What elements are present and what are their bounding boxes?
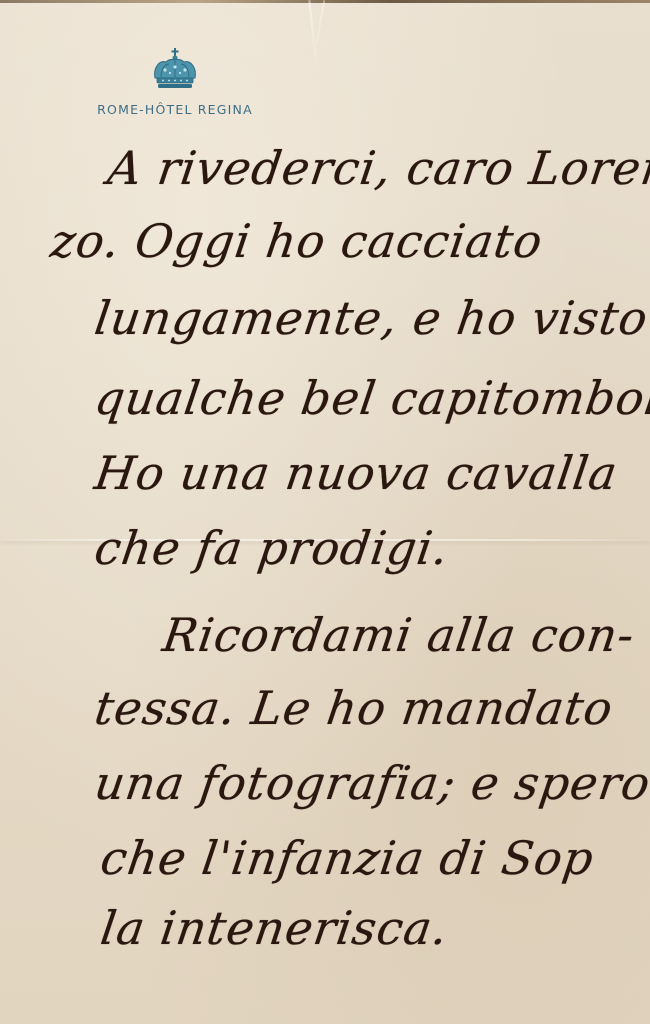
handwritten-line: lungamente, e ho visto [92,295,650,341]
handwritten-line: la intenerisca. [98,905,451,951]
handwritten-line: Ho una nuova cavalla [92,450,621,496]
handwritten-line: Ricordami alla con- [160,612,638,658]
handwritten-line: qualche bel capitombolo. [92,375,650,421]
handwritten-line: A rivederci, caro Loren- [105,145,650,191]
handwritten-line: tessa. Le ho mandato [92,685,616,731]
handwritten-line: che l'infanzia di Sop [98,835,597,881]
handwritten-line: una fotografia; e spero [92,760,650,806]
handwritten-line: zo. Oggi ho cacciato [48,218,546,264]
handwritten-text: A rivederci, caro Loren- zo. Oggi ho cac… [0,0,650,1024]
handwritten-line: che fa prodigi. [92,525,452,571]
letter-page: ROME-HÔTEL REGINA A rivederci, caro Lore… [0,0,650,1024]
